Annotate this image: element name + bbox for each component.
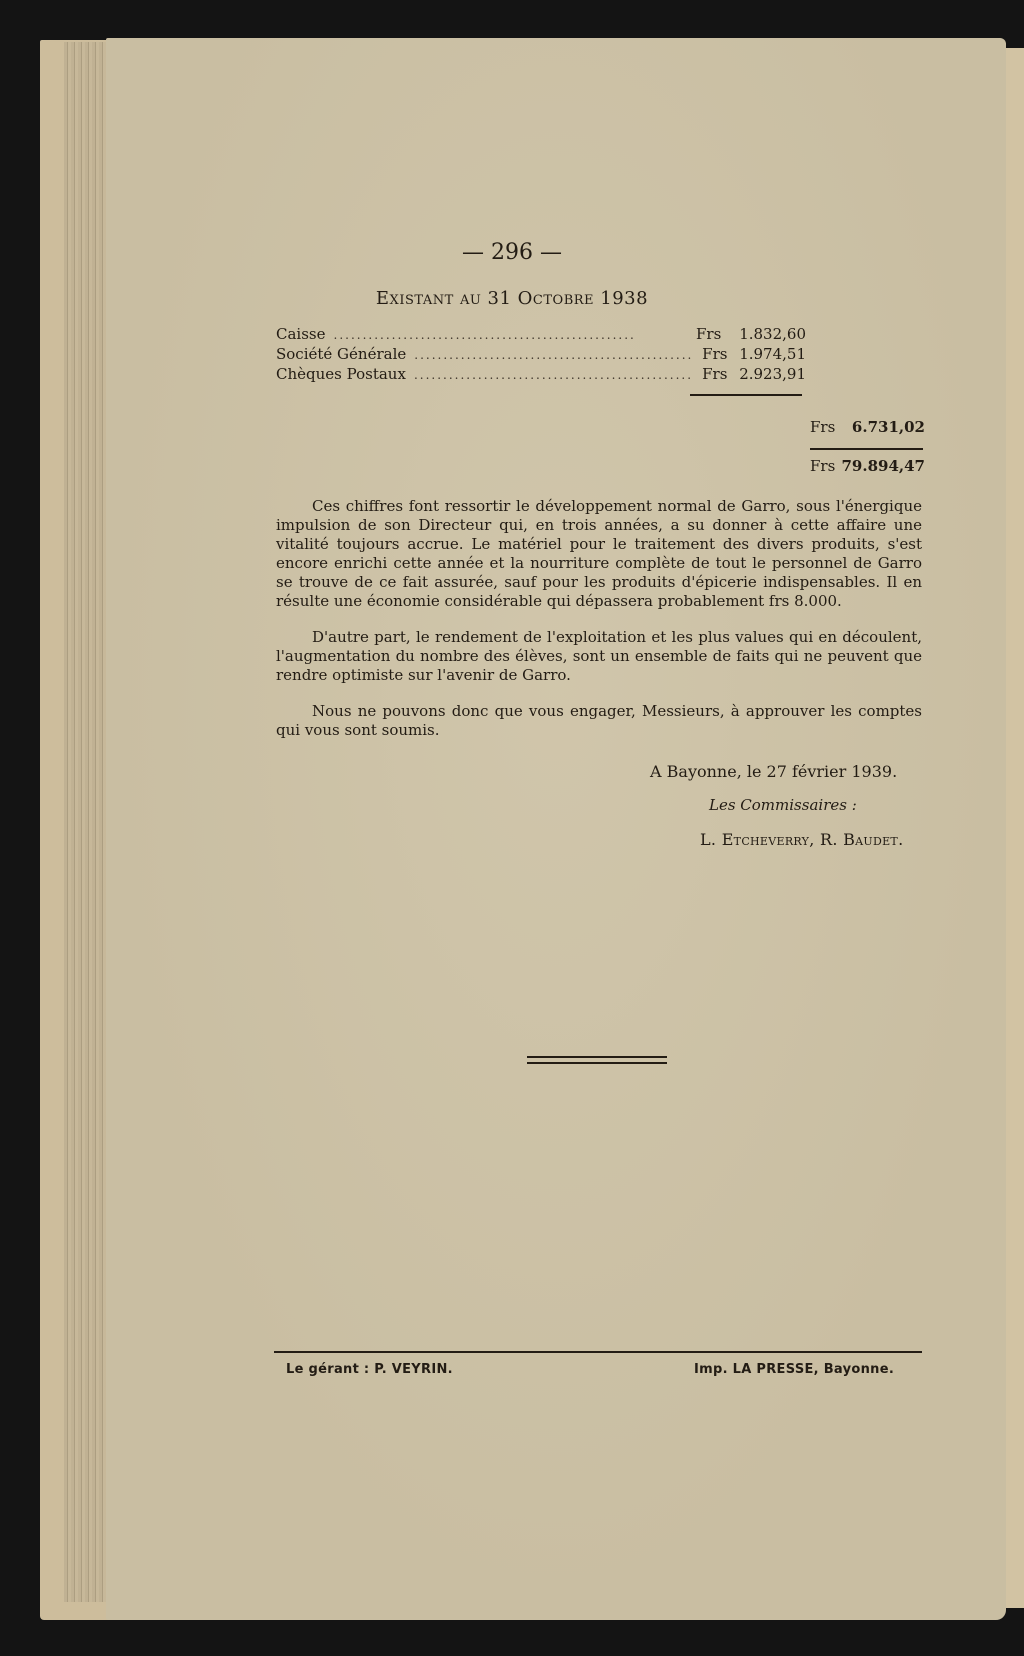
subtotal-line: Frs 6.731,02 bbox=[810, 418, 925, 436]
leader-dots: ........................................… bbox=[414, 348, 694, 362]
ledger-amount: 1.832,60 bbox=[736, 325, 806, 343]
total-rule bbox=[810, 448, 923, 450]
grand-total-line: Frs 79.894,47 bbox=[810, 457, 925, 475]
paragraph: Nous ne pouvons donc que vous engager, M… bbox=[276, 702, 922, 740]
total-amount: 79.894,47 bbox=[841, 457, 925, 475]
paragraph-text: Ces chiffres font ressortir le développe… bbox=[276, 497, 922, 611]
ledger-row: Caisse .................................… bbox=[276, 325, 806, 345]
ledger-row: Société Générale .......................… bbox=[276, 345, 806, 365]
signatory-names: L. Etcheverry, R. Baudet. bbox=[700, 830, 903, 849]
footer-rule bbox=[274, 1351, 922, 1353]
paragraph-text: D'autre part, le rendement de l'exploita… bbox=[276, 628, 922, 685]
next-page-edge bbox=[1004, 48, 1024, 1608]
page-number: — 296 — bbox=[0, 240, 1024, 265]
ledger-currency: Frs bbox=[702, 345, 739, 363]
paragraph: Ces chiffres font ressortir le développe… bbox=[276, 497, 922, 611]
ledger-label: Société Générale bbox=[276, 345, 406, 363]
place-date: A Bayonne, le 27 février 1939. bbox=[650, 762, 897, 781]
ledger-amount: 1.974,51 bbox=[739, 345, 806, 363]
section-divider bbox=[527, 1056, 667, 1064]
signatory-role: Les Commissaires : bbox=[709, 796, 857, 814]
ledger-row: Chèques Postaux ........................… bbox=[276, 365, 806, 385]
footer-manager: Le gérant : P. VEYRIN. bbox=[286, 1362, 453, 1377]
ledger-table: Caisse .................................… bbox=[276, 325, 806, 385]
paragraph-text: Nous ne pouvons donc que vous engager, M… bbox=[276, 702, 922, 740]
total-currency: Frs bbox=[810, 457, 835, 475]
ledger-label: Caisse bbox=[276, 325, 326, 343]
footer-printer: Imp. LA PRESSE, Bayonne. bbox=[694, 1362, 894, 1377]
leader-dots: ........................................… bbox=[334, 328, 689, 342]
subtotal-currency: Frs bbox=[810, 418, 835, 436]
document-page bbox=[106, 38, 1006, 1620]
ledger-label: Chèques Postaux bbox=[276, 365, 406, 383]
leader-dots: ........................................… bbox=[414, 368, 694, 382]
binding-spine bbox=[64, 42, 108, 1602]
ledger-currency: Frs bbox=[702, 365, 739, 383]
subtotal-amount: 6.731,02 bbox=[852, 418, 925, 436]
subtotal-rule bbox=[690, 394, 802, 396]
section-heading: Existant au 31 Octobre 1938 bbox=[0, 288, 1024, 309]
paragraph: D'autre part, le rendement de l'exploita… bbox=[276, 628, 922, 685]
ledger-amount: 2.923,91 bbox=[739, 365, 806, 383]
ledger-currency: Frs bbox=[696, 325, 736, 343]
